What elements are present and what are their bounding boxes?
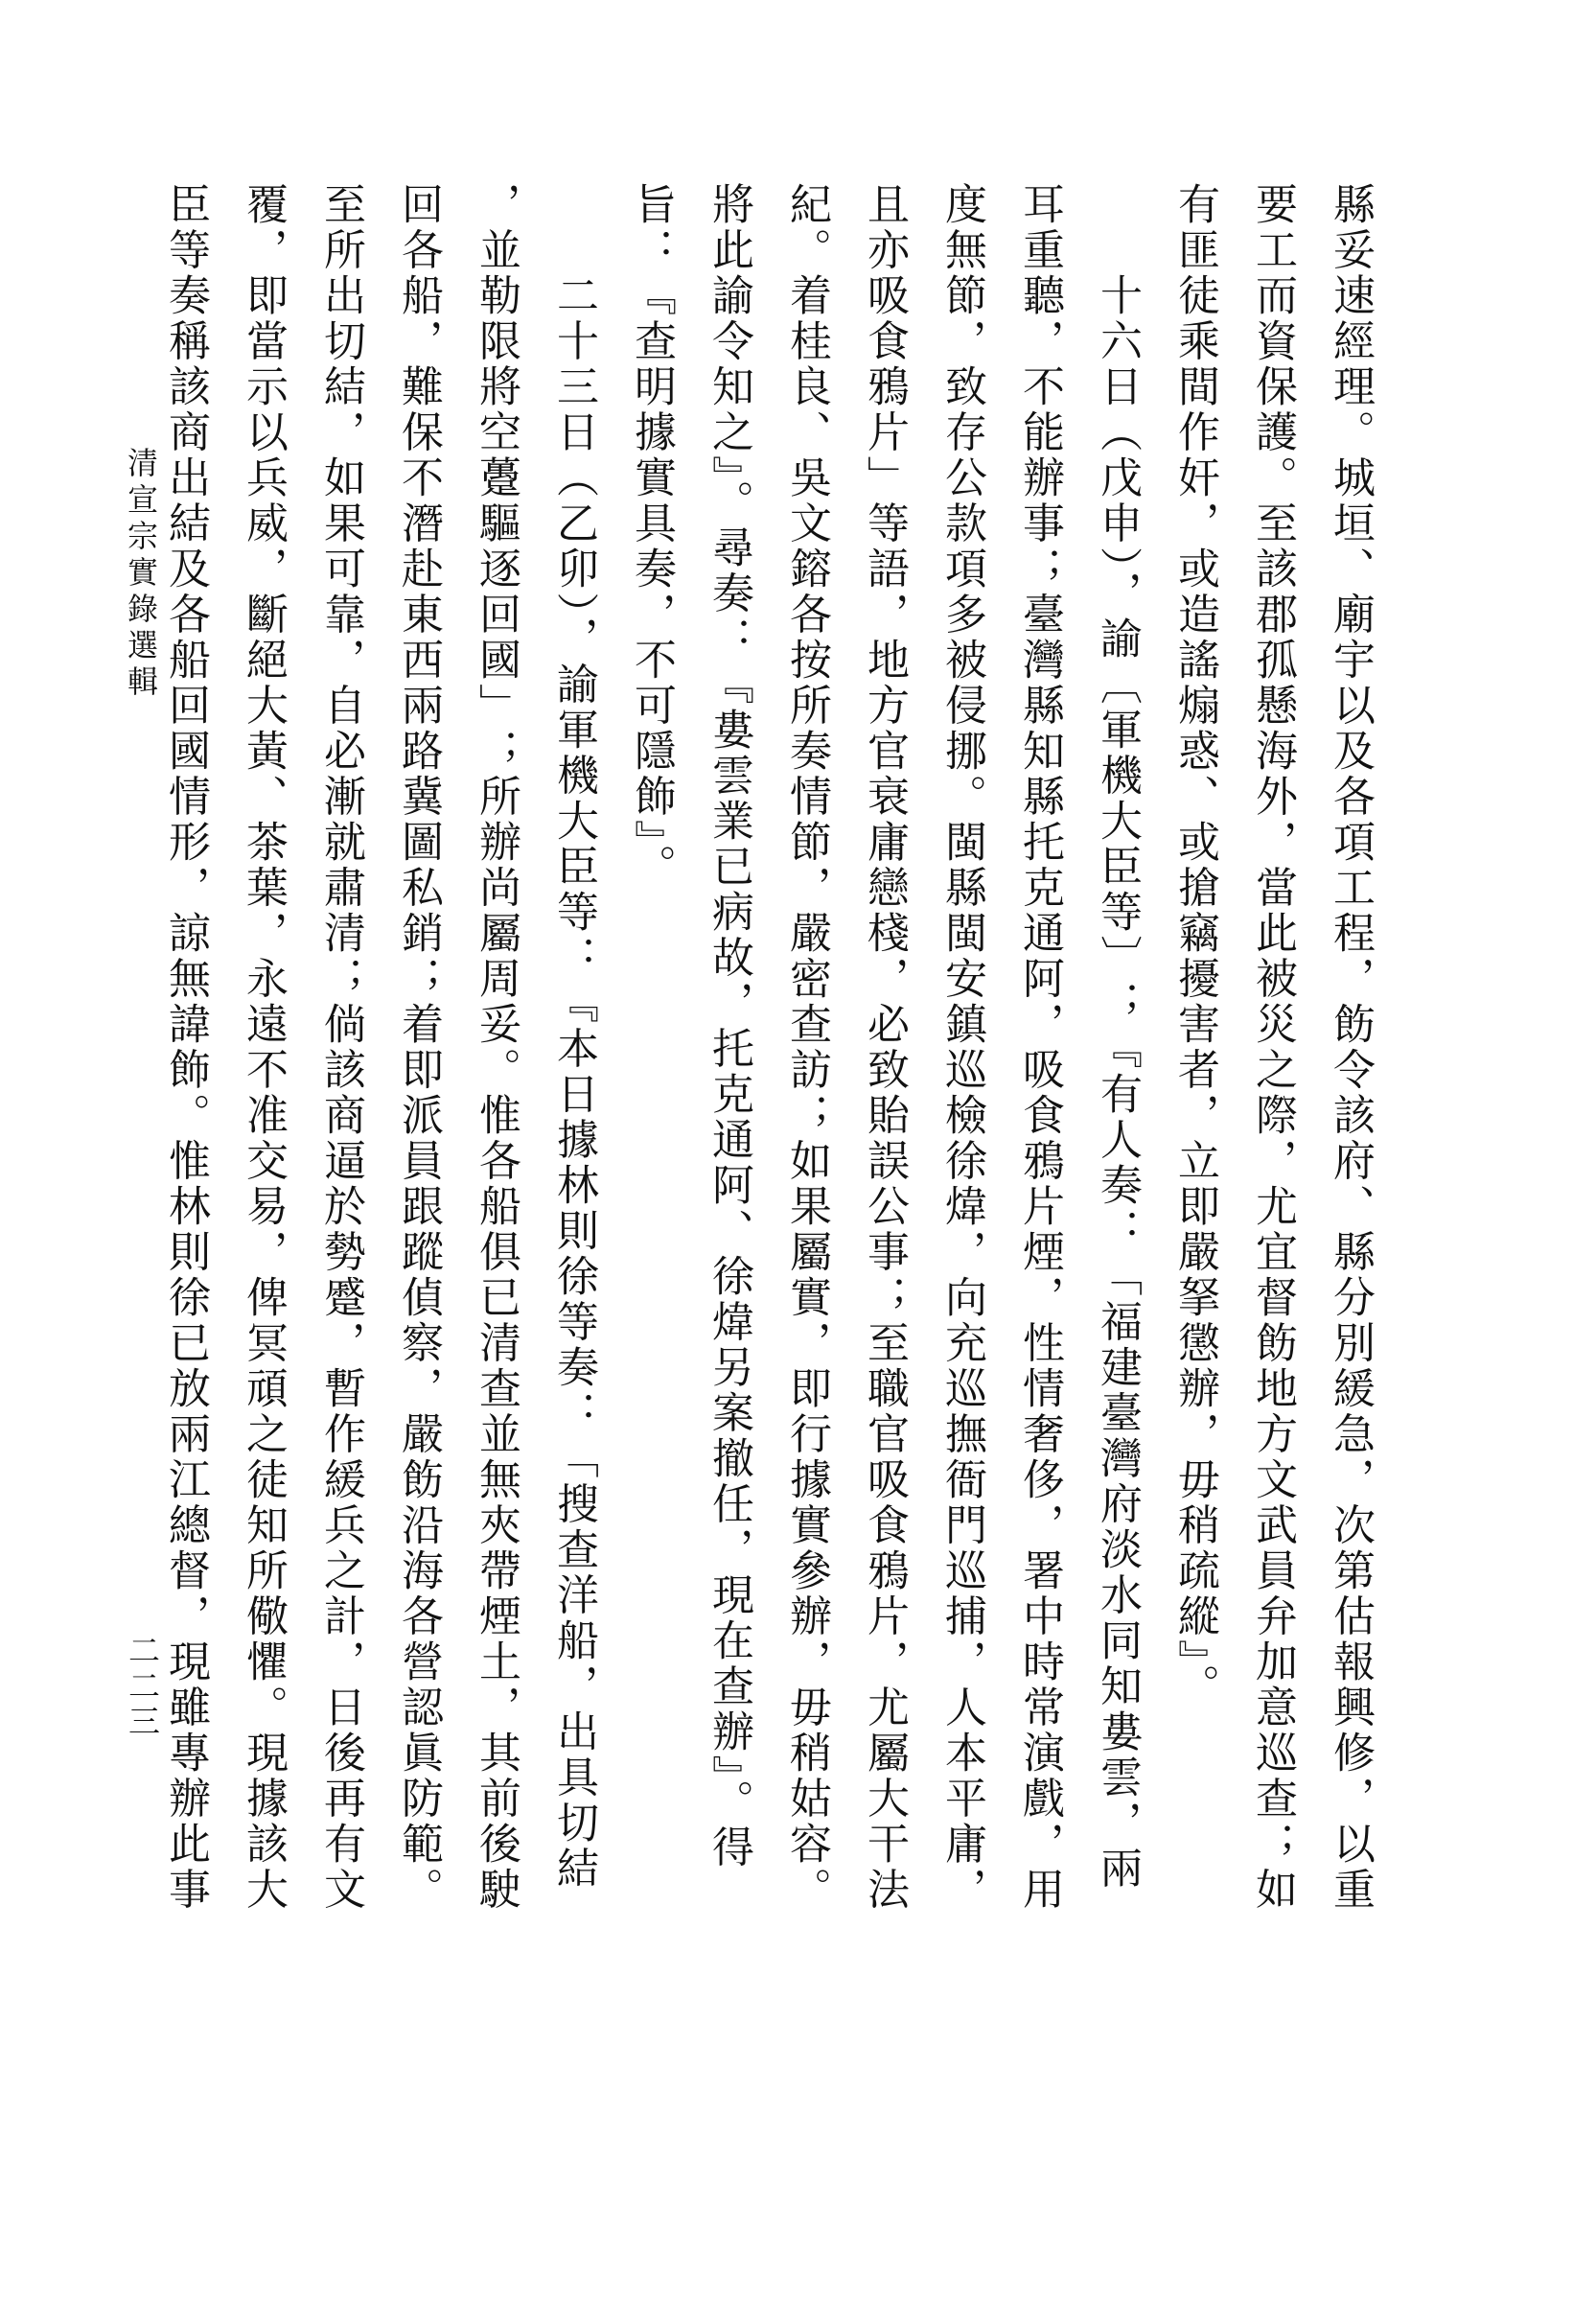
book-page: 清宣宗實錄選輯 縣妥速經理。城垣、廟宇以及各項工程，飭令該府、縣分別緩急，次第估… [0, 0, 1596, 2300]
text-column: 度無節，致存公款項多被侵挪。閩縣閩安鎮巡檢徐煒，向充巡撫衙門巡捕，人本平庸， [923, 182, 1001, 1941]
text-column: 紀。着桂良、吳文鎔各按所奏情節，嚴密查訪；如果屬實，即行據實參辦，毋稍姑容。 [768, 182, 845, 1941]
text-column: 將此諭令知之』。尋奏：『婁雲業已病故，托克通阿、徐煒另案撤任，現在查辦』。得 [690, 182, 768, 1941]
text-column: 且亦吸食鴉片」等語，地方官衰庸戀棧，必致貽誤公事；至職官吸食鴉片，尤屬大干法 [845, 182, 923, 1941]
text-column: 回各船，難保不潛赴東西兩路冀圖私銷；着即派員跟蹤偵察，嚴飭沿海各營認眞防範。 [380, 182, 457, 1941]
text-column: 耳重聽，不能辦事；臺灣縣知縣托克通阿，吸食鴉片煙，性情奢侈，署中時常演戲，用 [1001, 182, 1078, 1941]
text-column: 至所出切結，如果可靠，自必漸就肅清；倘該商逼於勢蹙，暫作緩兵之計，日後再有文 [302, 182, 380, 1941]
text-column: 覆，即當示以兵威，斷絕大黃、茶葉，永遠不准交易，俾冥頑之徒知所儆懼。現據該大 [224, 182, 302, 1941]
text-column: 縣妥速經理。城垣、廟宇以及各項工程，飭令該府、縣分別緩急，次第估報興修，以重 [1311, 182, 1389, 1941]
text-column: 有匪徒乘間作奸，或造謠煽惑、或搶竊擾害者，立即嚴拏懲辦，毋稍疏縱』。 [1156, 182, 1234, 1941]
text-column: 要工而資保護。至該郡孤懸海外，當此被災之際，尤宜督飭地方文武員弁加意巡查；如 [1234, 182, 1311, 1941]
text-block: 縣妥速經理。城垣、廟宇以及各項工程，飭令該府、縣分別緩急，次第估報興修，以重要工… [147, 182, 1389, 1941]
text-column: 二十三日（乙卯），諭軍機大臣等：『本日據林則徐等奏：「搜查洋船，出具切結 [535, 182, 613, 1941]
page-number: 二二三 [119, 1634, 164, 1740]
text-column: ，並勒限將空躉驅逐回國」；所辦尚屬周妥。惟各船俱已清查並無夾帶煙土，其前後駛 [457, 182, 535, 1941]
text-column: 十六日（戊申），諭〔軍機大臣等〕；『有人奏：「福建臺灣府淡水同知婁雲，兩 [1078, 182, 1156, 1941]
text-column: 旨：『查明據實具奏，不可隱飾』。 [613, 182, 690, 1941]
